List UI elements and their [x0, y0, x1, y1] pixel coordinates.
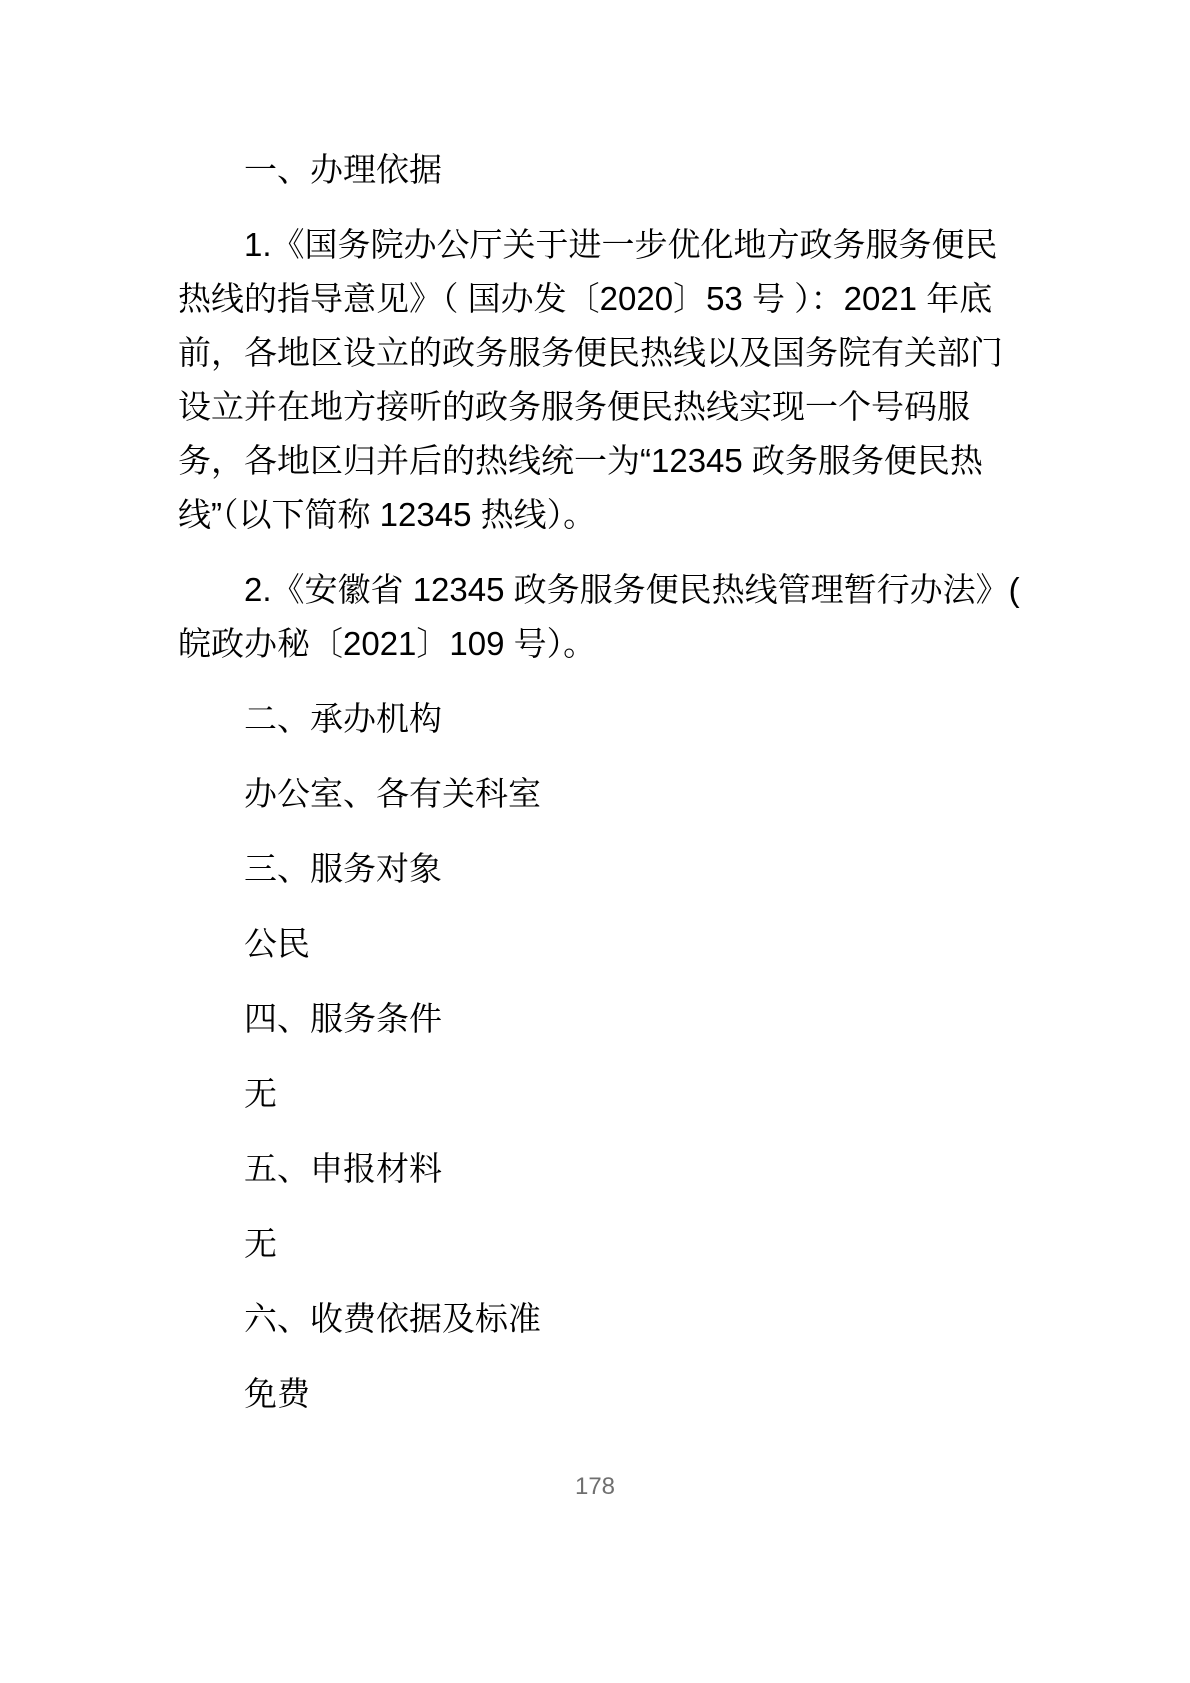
paragraph: 无: [178, 1217, 1023, 1271]
paragraph: 无: [178, 1067, 1023, 1121]
page-number: 178: [0, 1473, 1190, 1501]
paragraph: 办公室、各有关科室: [178, 767, 1023, 821]
document-content: 一、办理依据1.《国务院办公厅关于进一步优化地方政务服务便民热线的指导意见》（ …: [178, 143, 1023, 1442]
paragraph: 2.《安徽省 12345 政务服务便民热线管理暂行办法》( 皖政办秘〔2021〕…: [178, 563, 1023, 671]
paragraph: 二、承办机构: [178, 692, 1023, 746]
paragraph: 一、办理依据: [178, 143, 1023, 197]
paragraph: 五、申报材料: [178, 1142, 1023, 1196]
paragraph: 1.《国务院办公厅关于进一步优化地方政务服务便民热线的指导意见》（ 国办发〔20…: [178, 218, 1023, 542]
document-page: 一、办理依据1.《国务院办公厅关于进一步优化地方政务服务便民热线的指导意见》（ …: [0, 0, 1190, 1683]
paragraph: 公民: [178, 917, 1023, 971]
paragraph: 六、收费依据及标准: [178, 1292, 1023, 1346]
paragraph: 三、服务对象: [178, 842, 1023, 896]
paragraph: 四、服务条件: [178, 992, 1023, 1046]
paragraph: 免费: [178, 1367, 1023, 1421]
